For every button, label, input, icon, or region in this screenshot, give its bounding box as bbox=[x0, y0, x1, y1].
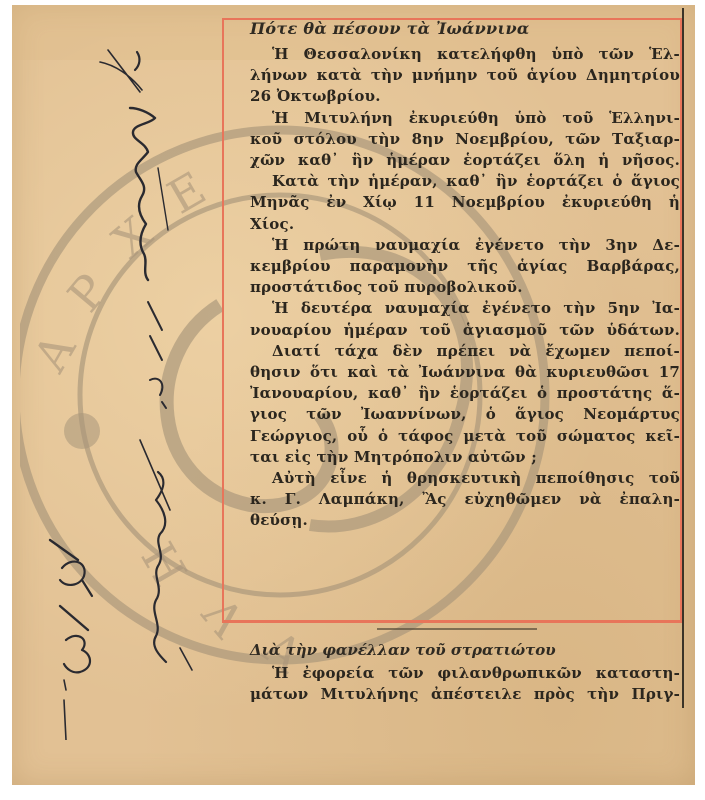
text-line: Ἡ δευτέρα ναυμαχία ἐγένετο τὴν 5ην Ἰα- bbox=[250, 298, 680, 319]
article-separator bbox=[377, 628, 537, 630]
article-body: Ἡ Θεσσαλονίκη κατελήφθη ὑπὸ τῶν Ἑλ- λήνω… bbox=[250, 44, 680, 532]
handwritten-date-note bbox=[30, 40, 230, 740]
text-line: Μηνᾶς ἐν Χίῳ 11 Νοεμβρίου ἐκυριεύθη ἡ bbox=[250, 192, 680, 213]
article-headline: Πότε θὰ πέσουν τὰ Ἰωάννινα bbox=[250, 19, 530, 38]
text-line: κοῦ στόλου τὴν 8ην Νοεμβρίου, τῶν Ταξιαρ… bbox=[250, 129, 680, 150]
text-line: χῶν καθ᾽ ἣν ἡμέραν ἑορτάζει ὅλη ἡ νῆσος. bbox=[250, 150, 680, 171]
text-line: μάτων Μιτυλήνης ἀπέστειλε πρὸς τὴν Πριγ- bbox=[250, 684, 680, 705]
text-line: Χίος. bbox=[250, 214, 680, 235]
text-line: ται εἰς τὴν Μητρόπολιν αὐτῶν ; bbox=[250, 447, 680, 468]
article-body: Ἡ ἐφορεία τῶν φιλανθρωπικῶν καταστη- μάτ… bbox=[250, 663, 680, 705]
text-line: Διατί τάχα δὲν πρέπει νὰ ἔχωμεν πεποί- bbox=[250, 341, 680, 362]
text-line: Ἰανουαρίου, καθ᾽ ἣν ἑορτάζει ὁ προστάτης… bbox=[250, 383, 680, 404]
article-headline: Διὰ τὴν φανέλλαν τοῦ στρατιώτου bbox=[250, 641, 556, 659]
text-line: 26 Ὀκτωβρίου. bbox=[250, 86, 680, 107]
text-line: προστάτιδος τοῦ πυροβολικοῦ. bbox=[250, 277, 680, 298]
column-rule bbox=[682, 8, 684, 708]
text-line: κεμβρίου παραμονὴν τῆς ἁγίας Βαρβάρας, bbox=[250, 256, 680, 277]
text-line: θησιν ὅτι καὶ τὰ Ἰωάννινα θὰ κυριευθῶσι … bbox=[250, 362, 680, 383]
text-line: Ἡ Μιτυλήνη ἐκυριεύθη ὑπὸ τοῦ Ἑλληνι- bbox=[250, 108, 680, 129]
text-line: κ. Γ. Λαμπάκη, Ἂς εὐχηθῶμεν νὰ ἐπαλη- bbox=[250, 489, 680, 510]
text-line: Ἡ ἐφορεία τῶν φιλανθρωπικῶν καταστη- bbox=[250, 663, 680, 684]
text-line: νουαρίου ἡμέραν τοῦ ἁγιασμοῦ τῶν ὑδάτων. bbox=[250, 320, 680, 341]
text-line: Κατὰ τὴν ἡμέραν, καθ᾽ ἣν ἑορτάζει ὁ ἅγιο… bbox=[250, 171, 680, 192]
text-line: Γεώργιος, οὗ ὁ τάφος μετὰ τοῦ σώματος κε… bbox=[250, 426, 680, 447]
text-line: λήνων κατὰ τὴν μνήμην τοῦ ἁγίου Δημητρίο… bbox=[250, 65, 680, 86]
text-line: γιος τῶν Ἰωαννίνων, ὁ ἅγιος Νεομάρτυς bbox=[250, 404, 680, 425]
text-line: Αὐτὴ εἶνε ἡ θρησκευτικὴ πεποίθησις τοῦ bbox=[250, 468, 680, 489]
text-line: Ἡ πρώτη ναυμαχία ἐγένετο τὴν 3ην Δε- bbox=[250, 235, 680, 256]
text-line: θεύσῃ. bbox=[250, 510, 680, 531]
text-line: Ἡ Θεσσαλονίκη κατελήφθη ὑπὸ τῶν Ἑλ- bbox=[250, 44, 680, 65]
